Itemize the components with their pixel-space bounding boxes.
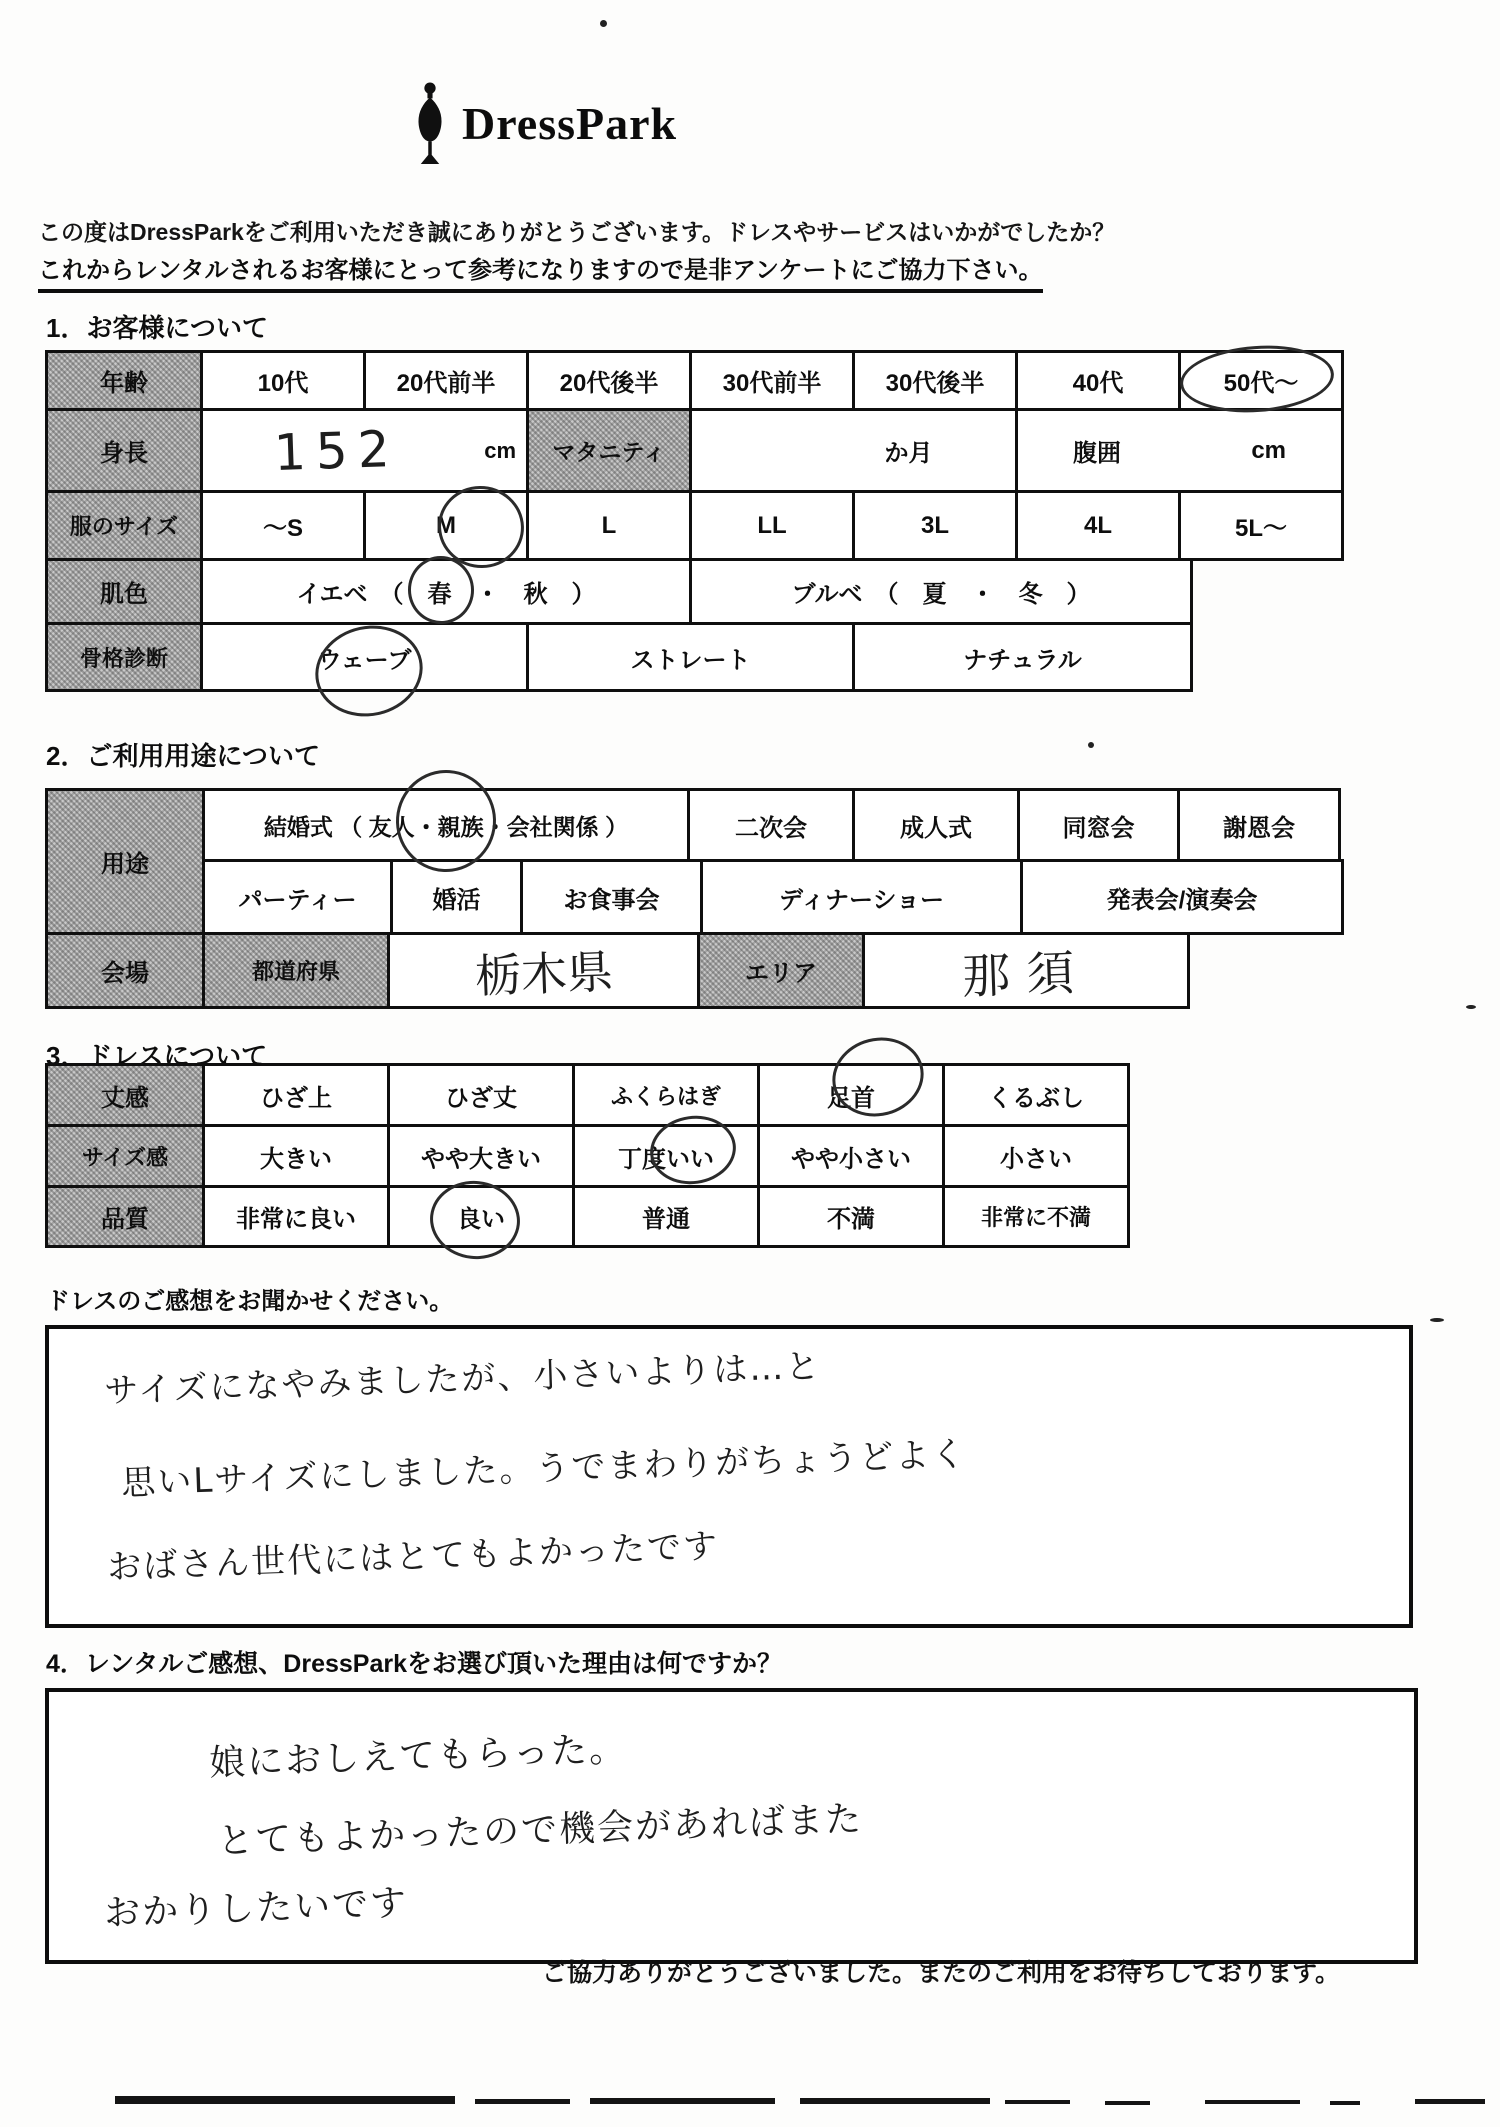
section2-title: 2．ご利用用途について [46, 736, 320, 773]
maternity-label: マタニティ [526, 408, 692, 493]
scan-artifact [600, 20, 607, 27]
dress-comments-prompt: ドレスのご感想をお聞かせください。 [46, 1281, 453, 1316]
scan-artifact [1005, 2100, 1070, 2104]
quality-row-label: 品質 [45, 1185, 205, 1248]
skin-tone-option: ブルベ （ 夏 ・ 冬 ） [689, 558, 1193, 625]
size-option: 4L [1015, 490, 1181, 561]
length-option: ふくらはぎ [572, 1063, 760, 1127]
usage-row1: 結婚式 （ 友人・親族・会社関係 ） 二次会 成人式 同窓会 謝恩会 [202, 788, 1341, 862]
usage-row2: パーティー 婚活 お食事会 ディナーショー 発表会/演奏会 [202, 859, 1344, 935]
fit-option: 大きい [202, 1124, 390, 1188]
footer-thanks: ご協力ありがとうございました。またのご利用をお待ちしております。 [542, 1953, 1340, 1989]
age-option: 20代前半 [363, 350, 529, 411]
prefecture-label: 都道府県 [202, 932, 390, 1009]
usage-option: パーティー [202, 859, 393, 935]
quality-option: 非常に不満 [942, 1185, 1130, 1248]
height-unit: cm [484, 438, 516, 464]
length-row-label: 丈感 [45, 1063, 205, 1127]
scanned-survey-page: DressPark この度はDressParkをご利用いただき誠にありがとうござ… [0, 0, 1500, 2127]
scan-artifact [1205, 2100, 1300, 2104]
usage-label: 用途 [45, 788, 205, 935]
height-row: 身長 152 cm マタニティ か月 腹囲 cm [45, 408, 1344, 493]
usage-option: 成人式 [852, 788, 1020, 862]
intro-line1: この度はDressParkをご利用いただき誠にありがとうございます。ドレスやサー… [38, 214, 1115, 247]
scan-artifact [1105, 2101, 1150, 2105]
section4-title: 4．レンタルご感想、DressParkをお選び頂いた理由は何ですか？ [46, 1644, 782, 1680]
scan-artifact [1430, 1318, 1444, 1322]
usage-option: 二次会 [687, 788, 855, 862]
quality-option: 不満 [757, 1185, 945, 1248]
scan-artifact [800, 2098, 990, 2104]
age-option: 30代後半 [852, 350, 1018, 411]
dress-length-row: 丈感 ひざ上 ひざ丈 ふくらはぎ 足首 くるぶし [45, 1063, 1130, 1127]
skeletal-option: ナチュラル [852, 622, 1193, 692]
length-option: ひざ上 [202, 1063, 390, 1127]
usage-option: お食事会 [520, 859, 703, 935]
length-option: ひざ丈 [387, 1063, 575, 1127]
rental-comments-box: 娘におしえてもらった。 とてもよかったので機会があればまた おかりしたいです [45, 1688, 1418, 1964]
venue-row: 会場 都道府県 栃木県 エリア 那須 [45, 932, 1190, 1009]
clothing-size-label: 服のサイズ [45, 490, 203, 561]
size-option: 5L～ [1178, 490, 1344, 561]
section1-title: 1．お客様について [46, 308, 268, 345]
handwritten-comment-line: とてもよかったので機会があればまた [216, 1791, 863, 1865]
logo: DressPark [410, 82, 677, 164]
height-row-label: 身長 [45, 408, 203, 493]
fit-option: やや大きい [387, 1124, 575, 1188]
clothing-size-row: 服のサイズ ～S M L LL 3L 4L 5L～ [45, 490, 1344, 561]
area-label: エリア [697, 932, 865, 1009]
fit-row-label: サイズ感 [45, 1124, 205, 1188]
height-handwritten-value: 152 [273, 419, 400, 481]
handwritten-comment-line: おかりしたいです [103, 1875, 409, 1937]
venue-label: 会場 [45, 932, 205, 1009]
skin-tone-row: 肌色 イエベ （ 春 ・ 秋 ） ブルベ （ 夏 ・ 冬 ） [45, 558, 1193, 625]
waist-label: 腹囲 [1073, 433, 1121, 468]
dress-fit-row: サイズ感 大きい やや大きい 丁度いい やや小さい 小さい [45, 1124, 1130, 1188]
scan-artifact [1415, 2099, 1485, 2104]
scan-artifact [1466, 1005, 1476, 1009]
intro-line2: これからレンタルされるお客様にとって参考になりますので是非アンケートにご協力下さ… [38, 250, 1043, 293]
prefecture-value-cell: 栃木県 [387, 932, 700, 1009]
dress-quality-row: 品質 非常に良い 良い 普通 不満 非常に不満 [45, 1185, 1130, 1248]
skeletal-row: 骨格診断 ウェーブ ストレート ナチュラル [45, 622, 1193, 692]
height-value-cell: 152 cm [200, 408, 529, 493]
area-handwritten-value: 那須 [961, 934, 1091, 1007]
age-option: 40代 [1015, 350, 1181, 411]
handwritten-comment-line: 思いLサイズにしました。うでまわりがちょうどよく [120, 1426, 967, 1505]
age-option: 30代前半 [689, 350, 855, 411]
size-option: L [526, 490, 692, 561]
scan-artifact [590, 2098, 775, 2104]
age-option: 10代 [200, 350, 366, 411]
brand-name: DressPark [462, 97, 677, 150]
scan-artifact [115, 2096, 455, 2104]
fit-option: やや小さい [757, 1124, 945, 1188]
scan-artifact [475, 2099, 570, 2104]
dress-mannequin-icon [410, 82, 450, 164]
handwritten-comment-line: おばさん世代にはとてもよかったです [106, 1518, 719, 1588]
usage-option: ディナーショー [700, 859, 1023, 935]
usage-option: 謝恩会 [1177, 788, 1341, 862]
scan-artifact [1330, 2101, 1360, 2105]
quality-option: 非常に良い [202, 1185, 390, 1248]
usage-option: 同窓会 [1017, 788, 1180, 862]
usage-option: 発表会/演奏会 [1020, 859, 1344, 935]
age-row-label: 年齢 [45, 350, 203, 411]
waist-unit: cm [1251, 437, 1286, 465]
handwritten-comment-line: サイズになやみましたが、小さいよりは…と [103, 1338, 822, 1412]
prefecture-handwritten-value: 栃木県 [473, 935, 613, 1006]
age-option: 20代後半 [526, 350, 692, 411]
scan-artifact [1088, 742, 1094, 748]
waist-cell: 腹囲 cm [1015, 408, 1344, 493]
length-option: くるぶし [942, 1063, 1130, 1127]
skeletal-label: 骨格診断 [45, 622, 203, 692]
size-option: LL [689, 490, 855, 561]
skeletal-option: ストレート [526, 622, 855, 692]
fit-option: 小さい [942, 1124, 1130, 1188]
quality-option: 普通 [572, 1185, 760, 1248]
size-option: ～S [200, 490, 366, 561]
age-row: 年齢 10代 20代前半 20代後半 30代前半 30代後半 40代 50代～ [45, 350, 1344, 411]
dress-comments-box: サイズになやみましたが、小さいよりは…と 思いLサイズにしました。うでまわりがち… [45, 1325, 1413, 1628]
size-option: 3L [852, 490, 1018, 561]
handwritten-comment-line: 娘におしえてもらった。 [208, 1721, 628, 1787]
skin-tone-label: 肌色 [45, 558, 203, 625]
maternity-months-cell: か月 [689, 408, 1018, 493]
area-value-cell: 那須 [862, 932, 1190, 1009]
